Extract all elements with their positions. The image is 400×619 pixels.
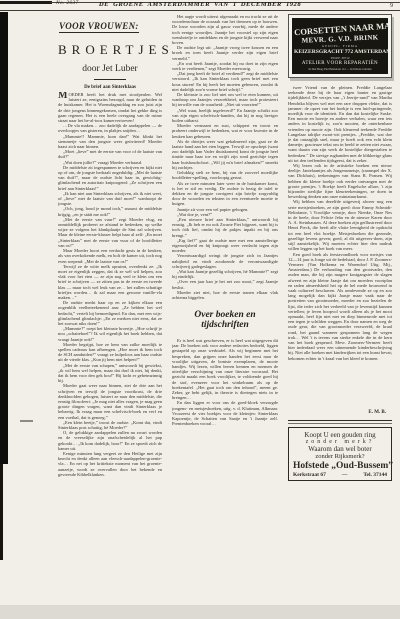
byline-separator-rule: [94, 79, 126, 80]
paragraph: Gelukkig stelt ze hem, bij van de zoovee…: [172, 170, 278, 180]
ad-corsetten-subline: GEDIPL. FIRMA: [294, 44, 386, 48]
scan-bottom-band: [0, 605, 400, 619]
ad-ring-dash: —: [342, 472, 348, 478]
paragraph: Een goed boek als feestavondboek voor me…: [288, 252, 392, 361]
ad-corsetten-panel: CORSETTEN NAAR MAAT MEVR. G. V.D. BRINK …: [292, 18, 388, 74]
paragraph: Er is heel wat geschreven, er is heel wa…: [172, 338, 278, 400]
ad-ring-line1: Koopt U een gouden ring: [293, 431, 387, 439]
lead-paragraph: MOEDER heeft het druk met stoofpeulen. W…: [58, 92, 162, 123]
paragraph: „En wat heeft Jaantje, zoodat hij nu doe…: [172, 61, 278, 71]
page-number: 9: [390, 3, 393, 9]
paragraph: „Mammie!! Mammie, kom dan!” Wat klinkt h…: [58, 134, 162, 150]
paragraph: Terwijl ze de witte melk opruimt, overde…: [58, 264, 162, 300]
paragraph: Moeder begrijpt, hoe ze hem van zulke mo…: [58, 342, 162, 363]
paragraph: Moeder vermaant en sust, schippert en tr…: [172, 123, 278, 139]
paragraph: Als de drietjes weer wat gekalmeerd zijn…: [172, 139, 278, 170]
issue-number: No. 2637: [56, 0, 79, 6]
paragraph: „Och, jong, houd je mond toch,” snauwt d…: [58, 206, 162, 216]
ad-ring-line4: zonder Rijksmerk?: [293, 453, 387, 460]
ad-ring-tel: Tel. 37144: [363, 472, 387, 478]
header-rule-under: [0, 10, 400, 11]
paragraph: Verontwaardigd wringt de jongste zich in…: [172, 253, 278, 269]
newspaper-page: No. 2637 DE GROENE AMSTERDAMMER VAN 1 DE…: [0, 0, 400, 619]
paragraph: „Wat kan Jaantje gezellig schrijven, hè …: [172, 269, 278, 279]
ad-ring-line2: zonder merk?: [293, 439, 387, 445]
paragraph: „Moet „lieve” met de eerste van voor of …: [58, 149, 162, 159]
paragraph: En dan liggen er voor ons de goed-kloek …: [172, 400, 278, 426]
paragraph: „Erg lief?” gaat de oudste mee met een a…: [172, 238, 278, 254]
paragraph: „Met de eerste van vuur!” zegt Moeder vl…: [58, 217, 162, 248]
column-middle: Het aapje wordt uiterst afgemaakt en nu …: [172, 14, 278, 496]
paragraph: „Ik kan niet aan Sinterklaas schrijven, …: [58, 191, 162, 207]
double-rule: [288, 420, 392, 424]
paragraph: Maar Moeder hoort een verdacht gesis in …: [58, 248, 162, 264]
paragraph: „Een klein beetje,” troost de oudste. „K…: [58, 420, 162, 430]
ad-corsetten-phone: TELEF. 30712: [294, 56, 386, 60]
paragraph: „Een nieuwe brief aan Sinterklaas,” antw…: [172, 217, 278, 238]
ad-corsetten-footer: In Den Haag: Piet Heinstraat 112 — Lid M…: [294, 68, 386, 71]
paragraph: „Dat jong heeft de brief al verdiend!” z…: [172, 71, 278, 92]
article-title: BROERTJES: [58, 42, 162, 58]
article-kicker: VOOR VROUWEN:: [59, 21, 139, 33]
page-columns: VOOR VROUWEN: BROERTJES door Jet Luber D…: [58, 14, 392, 496]
column-right: CORSETTEN NAAR MAAT MEVR. G. V.D. BRINK …: [288, 14, 392, 496]
paragraph: Als ze twee minuten later weer in de hui…: [172, 181, 278, 207]
paragraph: De oudste merkt haar op en ze kijken elk…: [58, 300, 162, 326]
paragraph: De middelste zit ingespannen te schrijve…: [58, 165, 162, 191]
reviewer-initials: E. M. B.: [288, 410, 392, 415]
paragraph: Moeder gaat weer naar binnen, ziet de dr…: [58, 383, 162, 419]
column-left: VOOR VROUWEN: BROERTJES door Jet Luber D…: [58, 14, 162, 496]
paragraph: „Over een jaar kan je het net zoo mooi,”…: [172, 279, 278, 289]
section-heading: Over boeken en tijdschriften: [172, 310, 278, 330]
paragraph: twee Vriend van de pleinen. Freddie Lang…: [288, 85, 392, 163]
ad-corsetten-address: KEIZERSGRACHT 772 AMSTERDAM: [294, 49, 386, 55]
article-body-col1: MOEDER heeft het druk met stoofpeulen. W…: [58, 92, 162, 495]
ad-ring-line3: Waarom dan wel boter: [293, 445, 387, 453]
ad-ring-contact: Kerkstraat 67 — Tel. 37144: [293, 472, 387, 478]
scan-edge-left-lower: [0, 464, 3, 560]
paragraph: Het aapje wordt uiterst afgemaakt en nu …: [172, 14, 278, 45]
review-body-col3: twee Vriend van de pleinen. Freddie Lang…: [288, 85, 392, 408]
paragraph: Wij hebben van dezelfde uitgeverij alwee…: [288, 199, 392, 251]
ad-ring-address: Kerkstraat 67: [293, 472, 326, 478]
section-body: Er is heel wat geschreven, er is heel wa…: [172, 338, 278, 496]
paragraph: …De vla maken… zoo dadelijk de aardappel…: [58, 123, 162, 133]
drop-cap: M: [58, 92, 68, 101]
ad-corsetten-atelier: ATELIER VOOR REPARATIËN: [294, 61, 386, 66]
paragraph: „Wel waar, heelijk ingeleverd!” En Jaant…: [172, 108, 278, 124]
paragraph: De kleinste is zoo lief niet om wel te e…: [172, 92, 278, 108]
paragraph: „Met de eerste van schapen,” antwoordt h…: [58, 363, 162, 384]
paragraph: O, de gelukkige aardappelen zullen nu zw…: [58, 430, 162, 451]
ad-gouden-ring: Koopt U een gouden ring zonder merk? Waa…: [288, 427, 392, 481]
scan-margin-mark: [20, 420, 33, 422]
masthead-title: DE GROENE AMSTERDAMMER VAN 1 DECEMBER 19…: [90, 1, 310, 8]
ad-corsetten: CORSETTEN NAAR MAAT MEVR. G. V.D. BRINK …: [288, 14, 392, 78]
paragraph: „Mammie?” roept het kleinste broertje. „…: [58, 326, 162, 342]
article-body-col2: Het aapje wordt uiterst afgemaakt en nu …: [172, 14, 278, 300]
header-rule-thick: [0, 1, 52, 4]
paragraph: Eenige minuten lang vergeet ze den Heili…: [58, 451, 162, 477]
paragraph: Wij lezen ook in de artistieke boeken ee…: [288, 163, 392, 199]
paragraph: Moeder ziet niet, hoe de eerste tranen e…: [172, 290, 278, 300]
paragraph: De oudste legt uit: „Jaantje vroeg twee …: [172, 45, 278, 61]
article-subtitle: De brief aan Sinterklaas: [58, 85, 162, 90]
article-byline: door Jet Luber: [58, 64, 162, 74]
ad-ring-brand: Hofstede „Oud-Bussem”: [293, 461, 387, 471]
scan-edge-left: [0, 12, 8, 464]
